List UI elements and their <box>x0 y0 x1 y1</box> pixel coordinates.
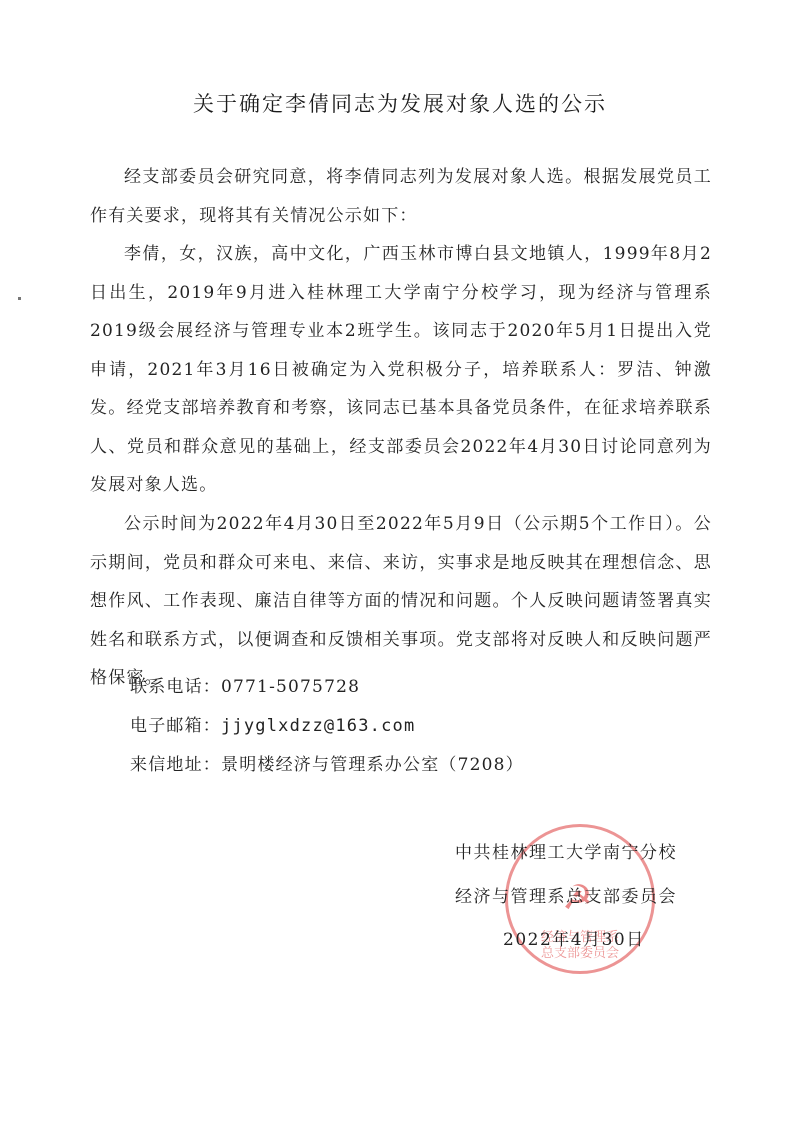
signature-org-line2: 经济与管理系总支部委员会 <box>455 882 677 907</box>
paragraph-notice-container: 公示时间为2022年4月30日至2022年5月9日（公示期5个工作日）。公示期间… <box>90 505 712 698</box>
contact-address: 来信地址：景明楼经济与管理系办公室（7208） <box>130 750 524 775</box>
signature-date: 2022年4月30日 <box>503 925 645 950</box>
address-label: 来信地址： <box>130 755 221 775</box>
scan-speck <box>18 297 21 300</box>
phone-label: 联系电话： <box>130 677 221 697</box>
signature-org-line1: 中共桂林理工大学南宁分校 <box>455 838 677 863</box>
contact-email: 电子邮箱：jjyglxdzz@163.com <box>130 711 415 736</box>
address-value: 景明楼经济与管理系办公室（7208） <box>221 755 524 775</box>
email-label: 电子邮箱： <box>130 716 221 736</box>
phone-value: 0771-5075728 <box>221 677 360 697</box>
paragraph-3: 公示时间为2022年4月30日至2022年5月9日（公示期5个工作日）。公示期间… <box>90 505 712 698</box>
email-value: jjyglxdzz@163.com <box>221 716 415 736</box>
paragraph-profile-container: 李倩，女，汉族，高中文化，广西玉林市博白县文地镇人，1999年8月2日出生，20… <box>90 235 712 505</box>
paragraph-2: 李倩，女，汉族，高中文化，广西玉林市博白县文地镇人，1999年8月2日出生，20… <box>90 235 712 505</box>
paragraph-1: 经支部委员会研究同意，将李倩同志列为发展对象人选。根据发展党员工作有关要求，现将… <box>90 158 712 235</box>
paragraph-intro: 经支部委员会研究同意，将李倩同志列为发展对象人选。根据发展党员工作有关要求，现将… <box>90 158 712 235</box>
document-title: 关于确定李倩同志为发展对象人选的公示 <box>0 88 800 118</box>
contact-phone: 联系电话：0771-5075728 <box>130 672 360 697</box>
